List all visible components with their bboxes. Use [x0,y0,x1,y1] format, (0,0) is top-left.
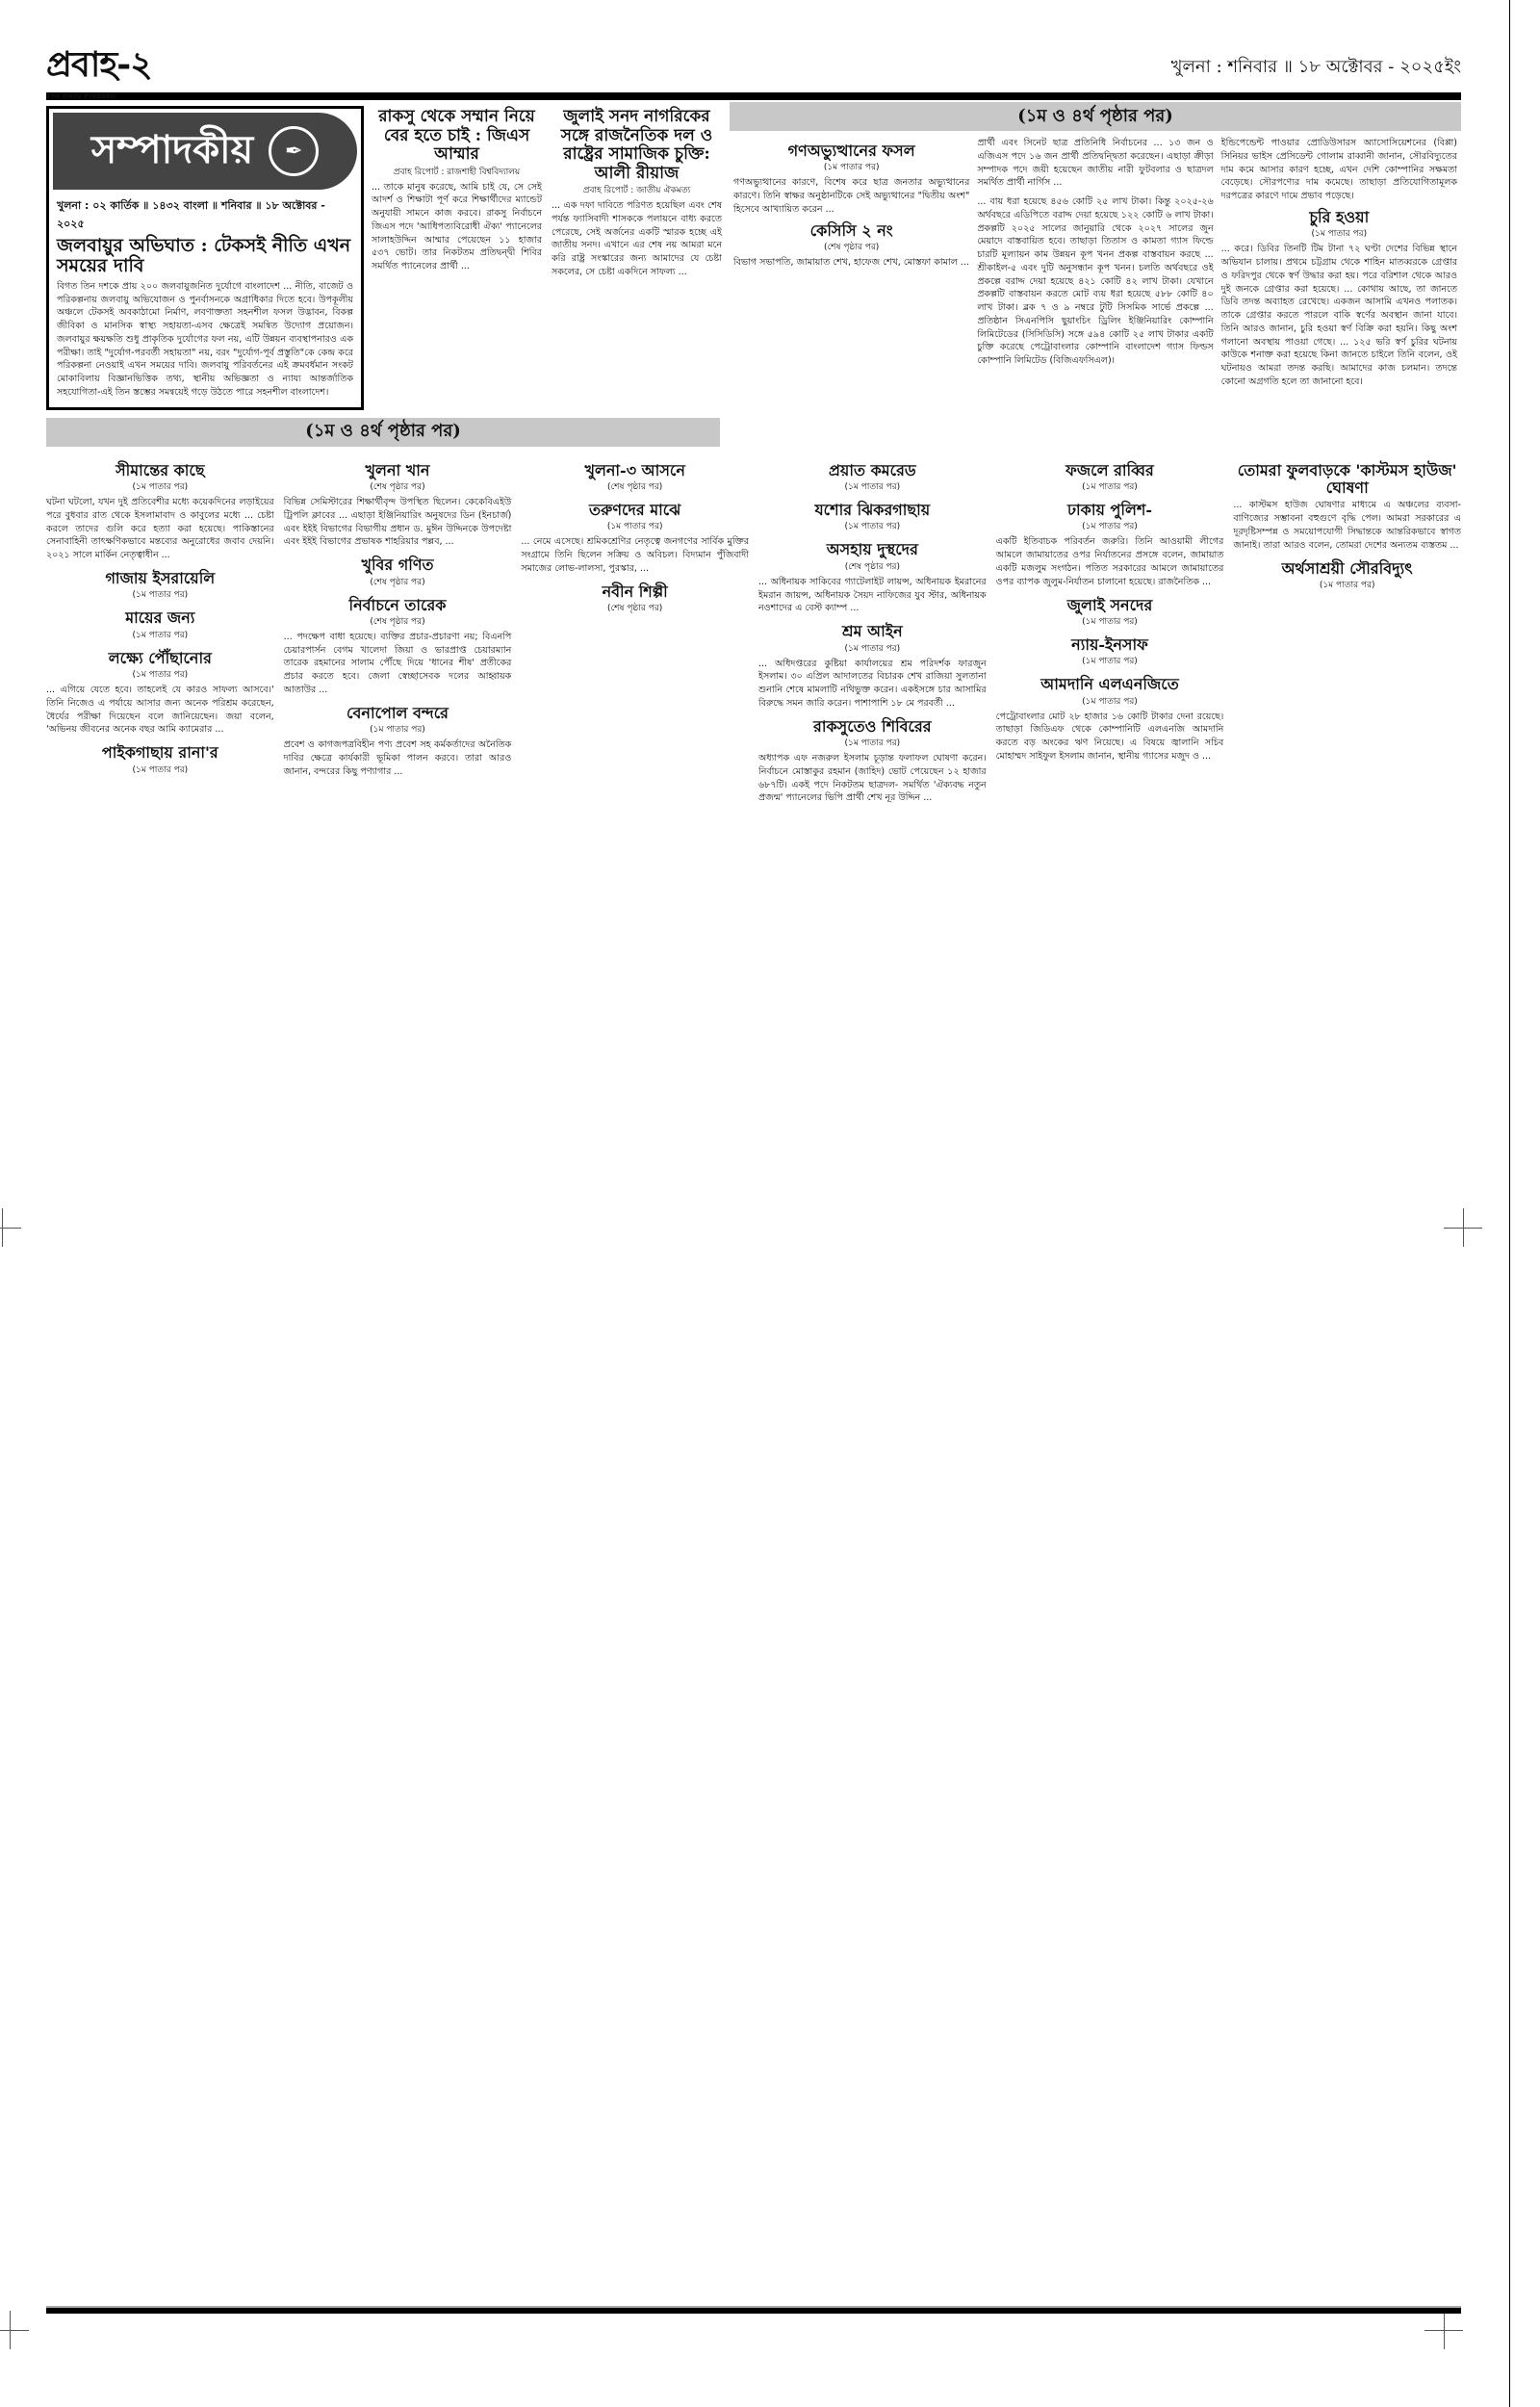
dateline: খুলনা : শনিবার ॥ ১৮ অক্টোবর - ২০২৫ইং [1171,53,1461,83]
story-sub: (১ম পাতার পর) [46,667,274,682]
story-headline: তরুণদের মাঝে [521,502,749,519]
continuation-band-right: (১ম ও ৪র্থ পৃষ্ঠার পর) [730,102,1461,131]
column-4: প্রয়াত কমরেড(১ম পাতার পর) যশোর ঝিকরগাছা… [758,456,987,813]
masthead: প্রবাহ-২ The Daily Probaho খুলনা : শনিবা… [46,39,1461,89]
story-sub: (১ম পাতার পর) [46,763,274,777]
continuation-band-left: (১ম ও ৪র্থ পৃষ্ঠার পর) [46,418,720,447]
story-headline: শ্রম আইন [758,623,987,640]
story-sub: (১ম পাতার পর) [521,519,749,533]
story-headline: মায়ের জন্য [46,609,274,627]
story-byline: প্রবাহ রিপোর্ট : রাজশাহী বিশ্ববিদ্যালয় [372,165,542,179]
story-headline: অসহায় দুস্থদের [758,541,987,558]
lower-columns: সীমান্তের কাছে(১ম পাতার পর)ঘটনা ঘটলো, যখ… [46,456,1461,813]
story-body: ... কাস্টমস হাউজ ঘোষণার মাধ্যমে এ অঞ্চলে… [1233,499,1461,552]
story-body: প্রার্থী এবং সিনেট ছাত্র প্রতিনিধি নির্ব… [977,137,1213,190]
right-upper: (১ম ও ৪র্থ পৃষ্ঠার পর) গণঅভ্যুত্থানের ফস… [730,102,1461,410]
editorial-date: খুলনা : ০২ কার্তিক ॥ ১৪৩২ বাংলা ॥ শনিবার… [57,197,353,234]
story-body: গণঅভ্যুত্থানের কারণে, বিশেষ করে ছাত্র জন… [733,176,969,216]
story-sub: (১ম পাতার পর) [758,641,987,656]
story-sub: (১ম পাতার পর) [758,736,987,750]
story-body: ... অধিনায়ক সাকিবের গ্যাটেলাইট লায়ন্স,… [758,576,987,615]
story-sub: (শেষ পৃষ্ঠার পর) [284,575,512,589]
story-solar-gold: ইন্ডিপেন্ডেন্ট পাওয়ার প্রোডিউসারস অ্যাস… [1221,137,1457,389]
newspaper-logo: প্রবাহ-২ The Daily Probaho [46,39,152,100]
story-body: ... এক দফা দাবিতে পরিণত হয়েছিল এবং শেষ … [552,199,722,279]
registration-mark-top-left [0,1208,21,1247]
story-sub: (শেষ পৃষ্ঠার পর) [521,601,749,615]
story-headline: প্রয়াত কমরেড [758,462,987,479]
editorial-banner: সম্পাদকীয় ✒ [53,113,357,190]
story-headline: আমদানি এলএনজিতে [996,676,1224,693]
story-sub: (শেষ পৃষ্ঠার পর) [284,614,512,629]
column-3: খুলনা-৩ আসনে(শেষ পৃষ্ঠার পর) তরুণদের মাঝ… [521,456,749,813]
column-1: সীমান্তের কাছে(১ম পাতার পর)ঘটনা ঘটলো, যখ… [46,456,274,813]
story-sub: (১ম পাতার পর) [284,722,512,737]
fountain-pen-icon: ✒ [269,126,319,176]
story-sub: (১ম পাতার পর) [1221,226,1457,241]
story-byline: প্রবাহ রিপোর্ট : জাতীয় ঐকমত্য [552,183,722,197]
registration-mark-top-right [1444,1208,1482,1247]
story-headline: চুরি হওয়া [1221,209,1457,226]
story-headline: গাজায় ইসরায়েলি [46,570,274,587]
story-headline: গণঅভ্যুত্থানের ফসল [733,142,969,160]
story-headline: জুলাই সনদের [996,597,1224,614]
story-sub: (১ম পাতার পর) [46,479,274,494]
story-headline: বেনাপোল বন্দরে [284,705,512,722]
story-sub: (১ম পাতার পর) [1233,578,1461,592]
upper-section: সম্পাদকীয় ✒ খুলনা : ০২ কার্তিক ॥ ১৪৩২ ব… [46,102,1461,410]
story-headline: খুবির গণিত [284,556,512,574]
story-body: বিভিন্ন সেমিস্টারের শিক্ষার্থীবৃন্দ উপস্… [284,496,512,549]
story-sub: (শেষ পৃষ্ঠার পর) [284,479,512,494]
story-headline: ফজলে রাব্বির [996,462,1224,479]
story-sub: (১ম পাতার পর) [996,614,1224,629]
column-2: খুলনা খান(শেষ পৃষ্ঠার পর)বিভিন্ন সেমিস্ট… [284,456,512,813]
story-body: ... নেমে এসেছে। শ্রমিকশ্রেণির নেতৃত্বে জ… [521,535,749,575]
registration-mark-bottom-left [0,2311,29,2349]
story-headline: নবীন শিল্পী [521,583,749,601]
story-sub: (১ম পাতার পর) [996,479,1224,494]
newspaper-page: প্রবাহ-২ The Daily Probaho খুলনা : শনিবা… [46,39,1461,813]
story-body: ... তাকে মানুষ করেছে, আমি চাই যে, সে সেই… [372,181,542,273]
story-headline: নির্বাচনে তারেক [284,597,512,614]
story-gana-ovyuthan: গণঅভ্যুত্থানের ফসল (১ম পাতার পর) গণঅভ্যু… [733,137,969,389]
story-sub: (১ম পাতার পর) [996,519,1224,533]
story-headline: অর্থসাশ্রয়ী সৌরবিদ্যুৎ [1233,560,1461,578]
column-6: তোমরা ফুলবাড়কে 'কাস্টমস হাউজ' ঘোষণা... … [1233,456,1461,813]
story-headline: পাইকগাছায় রানা'র [46,744,274,762]
story-body: অধ্যাপক এফ নজরুল ইসলাম চূড়ান্ত ফলাফল ঘো… [758,752,987,805]
story-sub: (১ম পাতার পর) [46,587,274,602]
story-body: ঘটনা ঘটলো, যখন দুই প্রতিবেশীর মধ্যে কয়ে… [46,496,274,562]
story-body: ... অধিদপ্তরের কুষ্টিয়া কার্যালয়ের শ্র… [758,658,987,711]
top-rule [46,92,1461,100]
story-headline: যশোর ঝিকরগাছায় [758,502,987,519]
story-headline: খুলনা-৩ আসনে [521,462,749,479]
story-headline: রাকসু থেকে সম্মান নিয়ে বের হতে চাই : জি… [372,108,542,165]
story-headline: জুলাই সনদ নাগরিকের সঙ্গে রাজনৈতিক দল ও র… [552,108,722,183]
story-sub: (শেষ পৃষ্ঠার পর) [733,240,969,254]
story-energy: প্রার্থী এবং সিনেট ছাত্র প্রতিনিধি নির্ব… [977,137,1213,389]
energy-body: ... বায় ধরা হয়েছে ৪৫৬ কোটি ২৫ লাখ টাকা… [977,195,1213,368]
story-body: পেট্রোবাংলার মোট ২৮ হাজার ১৬ কোটি টাকার … [996,711,1224,764]
story-body: ... এগিয়ে যেতে হবে। তাহলেই যে কারও সাফল… [46,684,274,737]
solar-body: ইন্ডিপেন্ডেন্ট পাওয়ার প্রোডিউসারস অ্যাস… [1221,137,1457,203]
story-sub: (১ম পাতার পর) [996,694,1224,709]
story-headline: তোমরা ফুলবাড়কে 'কাস্টমস হাউজ' ঘোষণা [1233,462,1461,498]
story-july-charter: জুলাই সনদ নাগরিকের সঙ্গে রাজনৈতিক দল ও র… [552,108,722,410]
story-sub: (১ম পাতার পর) [758,479,987,494]
story-headline: ন্যায়-ইনসাফ [996,636,1224,654]
story-raksu: রাকসু থেকে সম্মান নিয়ে বের হতে চাই : জি… [372,108,542,410]
story-sub: (শেষ পৃষ্ঠার পর) [521,479,749,494]
editorial-title: সম্পাদকীয় [91,119,253,184]
story-headline: খুলনা খান [284,462,512,479]
story-sub: (১ম পাতার পর) [46,628,274,642]
editorial-headline: জলবায়ুর অভিঘাত : টেকসই নীতি এখন সময়ের … [57,236,353,276]
story-body: প্রবেশ ও কাগজপত্রবিহীন পণ্য প্রবেশ সহ কর… [284,738,512,778]
story-body: একটি ইতিবাচক পরিবর্তন জরুরি। তিনি আওয়াম… [996,535,1224,588]
story-headline: রাকসুতেও শিবিরের [758,718,987,736]
logo-name: প্রবাহ-২ [46,44,152,85]
registration-mark-bottom-right [1424,2311,1463,2349]
editorial-body: বিগত তিন দশকে প্রায় ২০০ জলবায়ুজনিত দুর… [57,280,353,400]
story-headline: সীমান্তের কাছে [46,462,274,479]
bottom-rule [46,2306,1461,2314]
story-headline: লক্ষ্যে পৌঁছানোর [46,650,274,667]
column-5: ফজলে রাব্বির(১ম পাতার পর) ঢাকায় পুলিশ-(… [996,456,1224,813]
upper-stories: রাকসু থেকে সম্মান নিয়ে বের হতে চাই : জি… [364,102,730,410]
story-sub: (১ম পাতার পর) [996,654,1224,668]
story-sub: (১ম পাতার পর) [758,519,987,533]
story-body: বিভাগ সভাপতি, জামায়াত শেখ, হাফেজ শেখ, ম… [733,256,969,270]
story-sub: (১ম পাতার পর) [733,160,969,174]
story-headline: ঢাকায় পুলিশ- [996,502,1224,519]
page-right-edge [1509,0,1510,2407]
editorial-box: সম্পাদকীয় ✒ খুলনা : ০২ কার্তিক ॥ ১৪৩২ ব… [46,106,364,410]
story-body: ... পদক্ষেপ বাধা হয়েছে। ব্যক্তির প্রচার… [284,631,512,697]
story-sub: (শেষ পৃষ্ঠার পর) [758,559,987,574]
logo-english: The Daily Probaho [46,92,152,100]
story-body: ... করে। ডিবির তিনটি টিম টানা ৭২ ঘণ্টা দ… [1221,243,1457,388]
story-headline: কেসিসি ২ নং [733,222,969,240]
